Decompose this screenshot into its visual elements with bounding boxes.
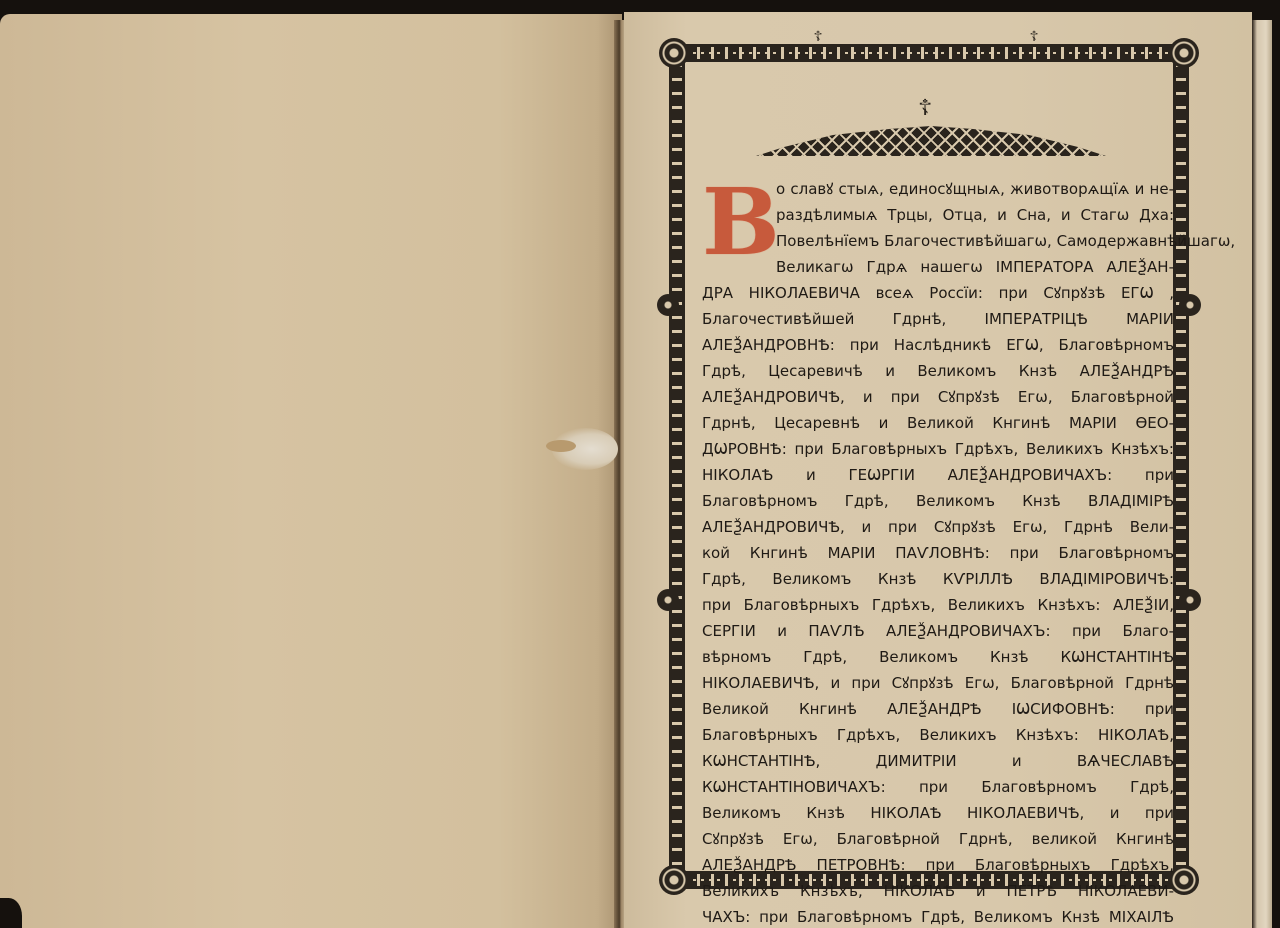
corner-knot-icon [659, 38, 689, 68]
text-line: Великихъ Кнзѣхъ, НІКОЛАѢ и ПЕТРѢ НІКОЛАЕ… [702, 878, 1174, 904]
text-line: НІКОЛАѢ и ГЕѠРГІИ АЛЕѮАНДРОВИЧАХЪ: при [702, 462, 1174, 488]
glue-stain [552, 428, 618, 470]
side-knot-icon [657, 589, 679, 611]
text-line: АЛЕѮАНДРОВИЧѢ, и при Сꙋпрꙋзѣ Егѡ, Гдрнѣ … [702, 514, 1174, 540]
cross-icon: ☦ [813, 30, 823, 44]
text-line: СЕРГІИ и ПАѴЛѢ АЛЕѮАНДРОВИЧАХЪ: при Благ… [702, 618, 1174, 644]
page-edges [1252, 20, 1272, 928]
text-line: Благовѣрныхъ Гдрѣхъ, Великихъ Кнзѣхъ: НІ… [702, 722, 1174, 748]
text-line: Гдрѣ, Великомъ Кнзѣ КѴРІЛЛѢ ВЛАДІМІРОВИЧ… [702, 566, 1174, 592]
text-line: Великомъ Кнзѣ НІКОЛАѢ НІКОЛАЕВИЧѢ, и при [702, 800, 1174, 826]
illuminated-initial: В [702, 178, 776, 266]
interlace-headpiece: ☦ [756, 108, 1106, 156]
text-line: Повелѣнїемъ Благочестивѣйшагѡ, Самодержа… [776, 228, 1174, 254]
border-right [1173, 58, 1189, 875]
text-line: АЛЕѮАНДРОВНѢ: при Наслѣдникѣ ЕГѠ, Благов… [702, 332, 1174, 358]
text-line: ЧАХЪ: при Благовѣрномъ Гдрѣ, Великомъ Кн… [702, 904, 1174, 928]
text-line: КѠНСТАНТІНОВИЧАХЪ: при Благовѣрномъ Гдрѣ… [702, 774, 1174, 800]
text-line: Гдрнѣ, Цесаревнѣ и Великой Кнгинѣ МАРІИ … [702, 410, 1174, 436]
text-line: вѣрномъ Гдрѣ, Великомъ Кнзѣ КѠНСТАНТІНѢ [702, 644, 1174, 670]
text-line: при Благовѣрныхъ Гдрѣхъ, Великихъ Кнзѣхъ… [702, 592, 1174, 618]
corner-knot-icon [659, 865, 689, 895]
side-knot-icon [657, 294, 679, 316]
text-line: ДѠРОВНѢ: при Благовѣрныхъ Гдрѣхъ, Велики… [702, 436, 1174, 462]
text-line: Благовѣрномъ Гдрѣ, Великомъ Кнзѣ ВЛАДІМІ… [702, 488, 1174, 514]
text-line: о славꙋ стыѧ, единосꙋщныѧ, животворѧщїѧ … [776, 176, 1174, 202]
text-line: Гдрѣ, Цесаревичѣ и Великомъ Кнзѣ АЛЕѮАНД… [702, 358, 1174, 384]
text-line: КѠНСТАНТІНѢ, ДИМИТРІИ и ВѦЧЕСЛАВѢ [702, 748, 1174, 774]
cross-icon: ☦ [1029, 30, 1039, 44]
border-left [669, 58, 685, 875]
corner-knot-icon [1169, 38, 1199, 68]
text-line: кой Кнгинѣ МАРІИ ПАѴЛОВНѢ: при Благовѣрн… [702, 540, 1174, 566]
border-top [677, 44, 1181, 62]
text-line: НІКОЛАЕВИЧѢ, и при Сꙋпрꙋзѣ Егѡ, Благовѣр… [702, 670, 1174, 696]
text-line: АЛЕѮАНДРОВИЧѢ, и при Сꙋпрꙋзѣ Егѡ, Благов… [702, 384, 1174, 410]
text-line: ДРА НІКОЛАЕВИЧА всеѧ Россїи: при Сꙋпрꙋзѣ… [702, 280, 1174, 306]
text-line: Благочестивѣйшей Гдрнѣ, ІМПЕРАТРІЦѢ МАРІ… [702, 306, 1174, 332]
text-line: раздѣлимыѧ Трцы, Отца, и Сна, и Стагѡ Дх… [776, 202, 1174, 228]
side-knot-icon [1179, 589, 1201, 611]
left-page-blank [0, 14, 622, 928]
text-line: Сꙋпрꙋзѣ Егѡ, Благовѣрной Гдрнѣ, великой … [702, 826, 1174, 852]
cross-icon: ☦ [918, 98, 932, 120]
text-line: Великагѡ Гдрѧ нашегѡ ІМПЕРАТОРА АЛЕѮАН- [776, 254, 1174, 280]
text-line: Великой Кнгинѣ АЛЕѮАНДРѢ ІѠСИФОВНѢ: при [702, 696, 1174, 722]
side-knot-icon [1179, 294, 1201, 316]
text-line: АЛЕѮАНДРѢ ПЕТРОВНѢ: при Благовѣрныхъ Гдр… [702, 852, 1174, 878]
interlace-ornament-icon [756, 126, 1106, 156]
